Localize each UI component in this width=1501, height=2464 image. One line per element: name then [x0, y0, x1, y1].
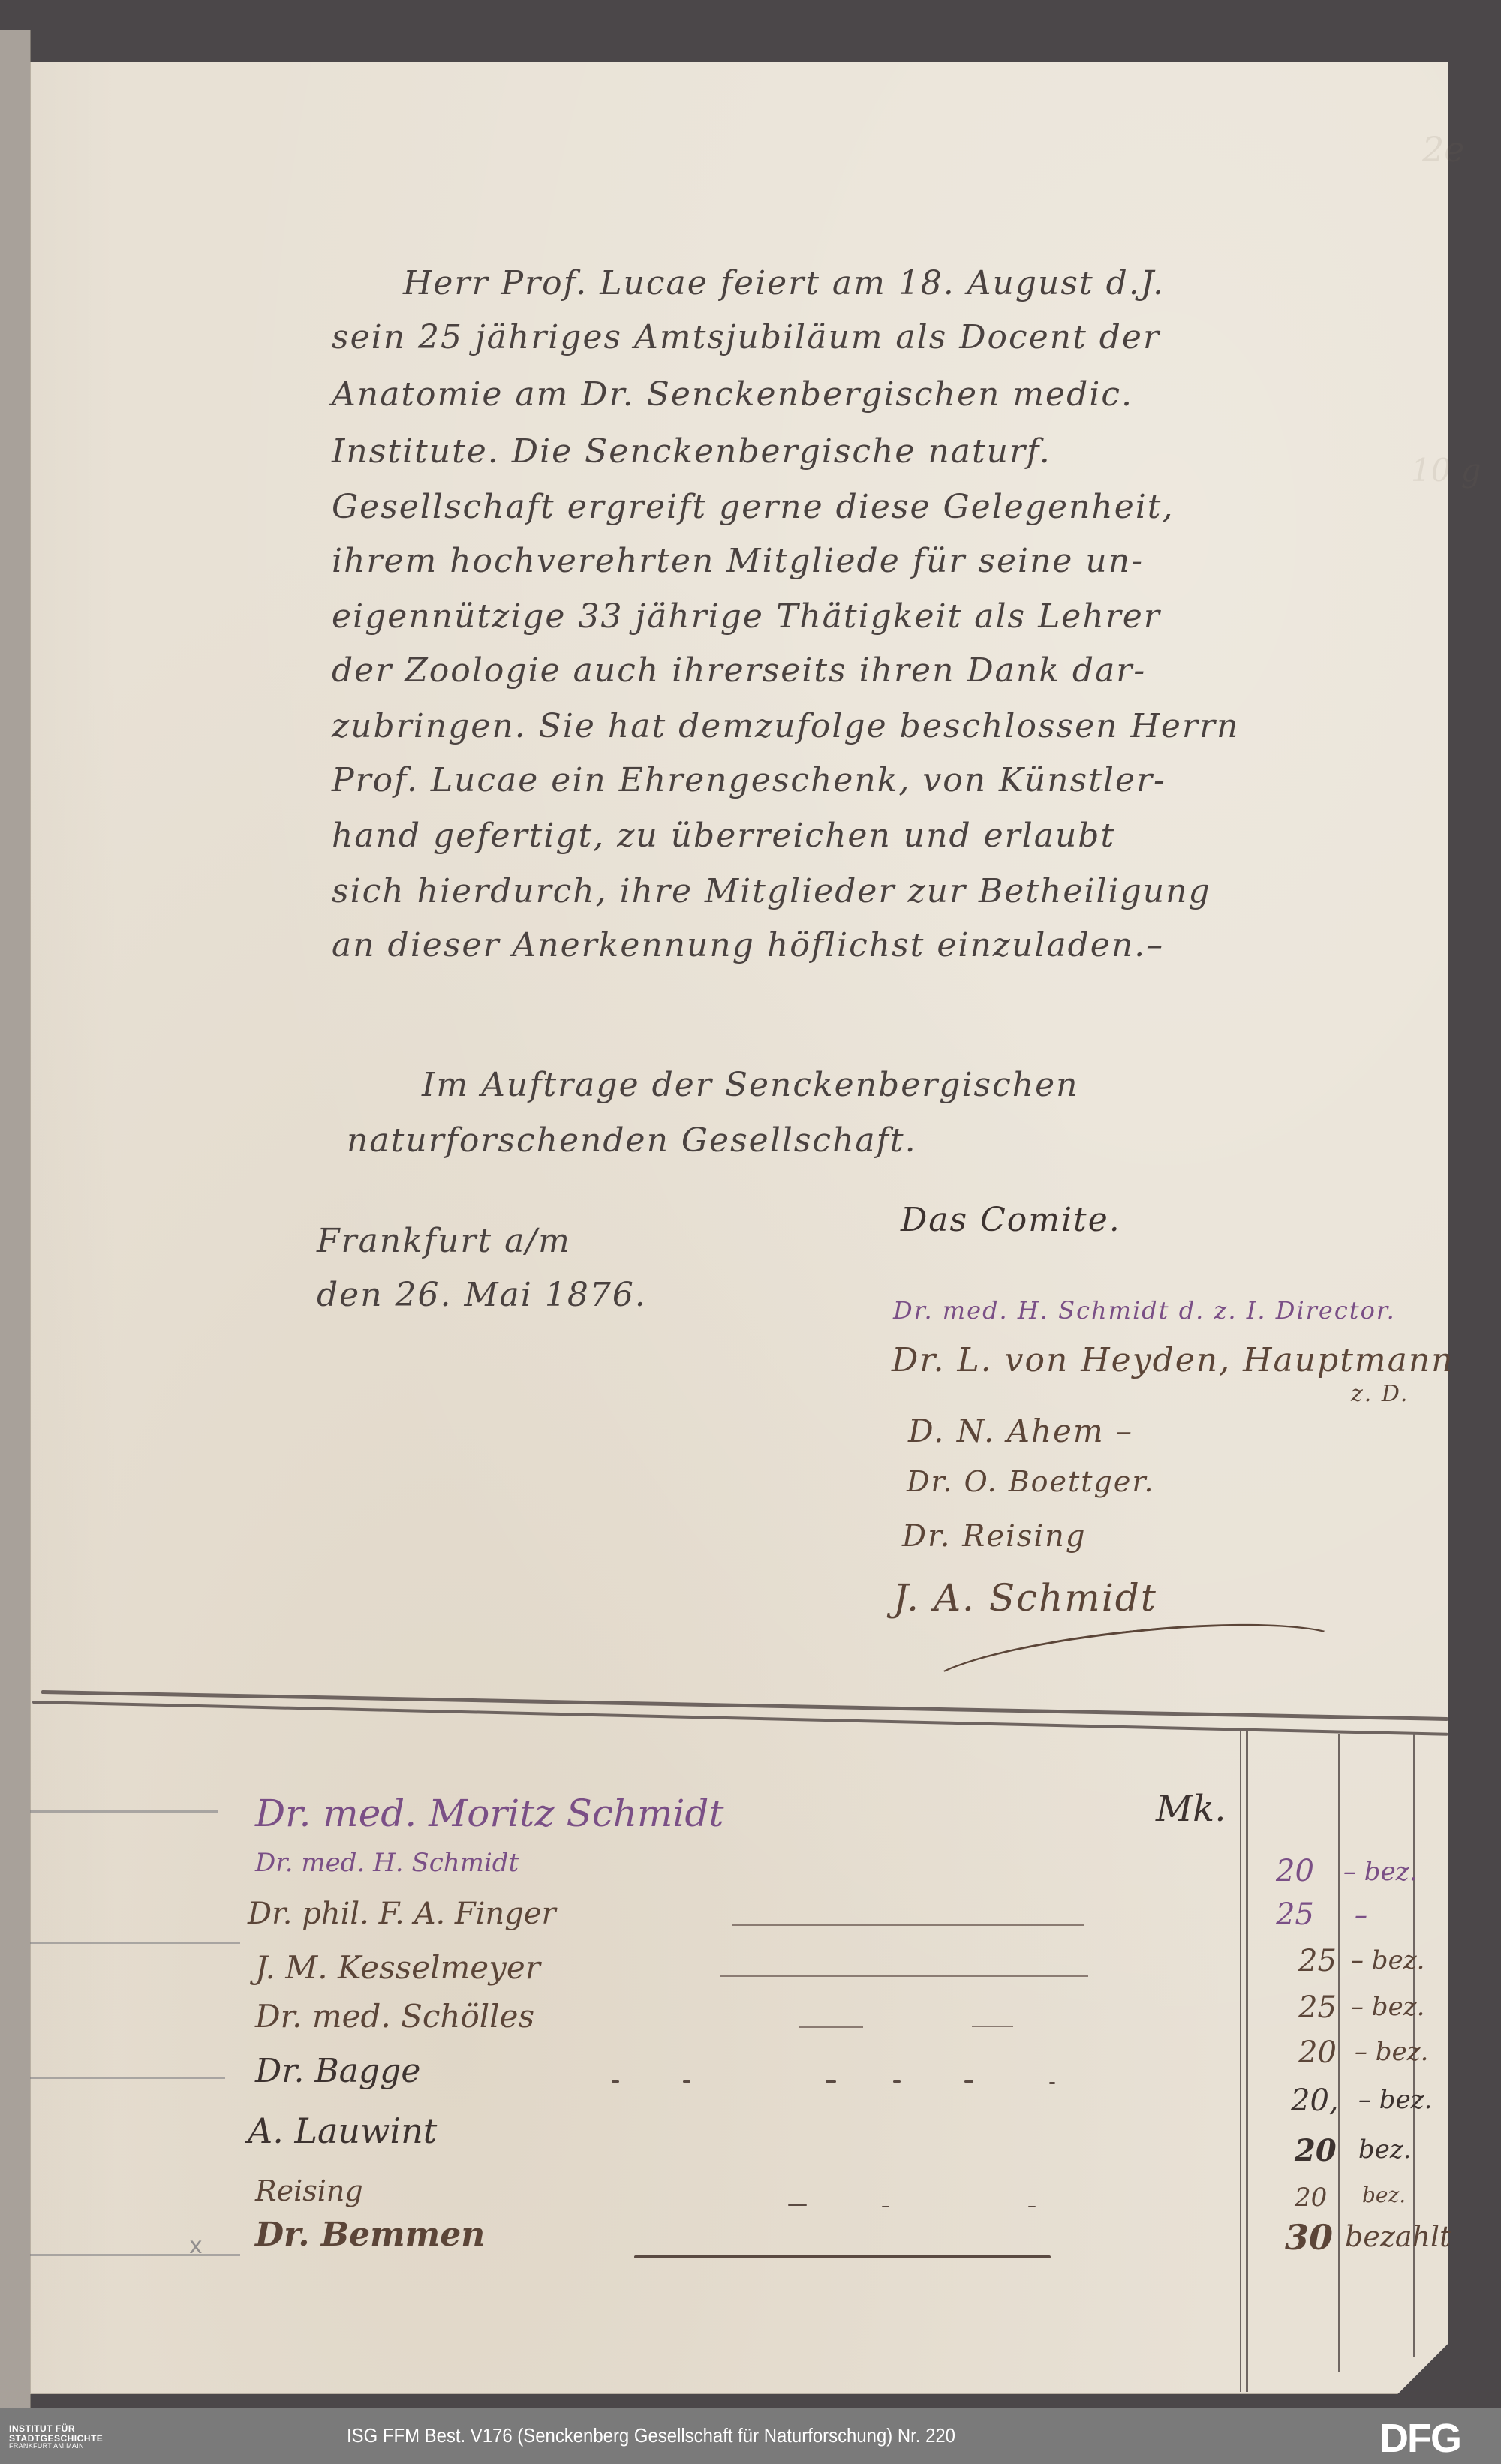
archive-footer: INSTITUT FÜR STADTGESCHICHTE FRANKFURT A… — [0, 2408, 1501, 2464]
leader-dash — [799, 2026, 863, 2028]
letter-line: ihrem hochverehrten Mitgliede für seine … — [332, 542, 1144, 580]
ledger-amount: 25 — [1276, 1897, 1314, 1932]
ledger-amount: 25 — [1298, 1990, 1337, 2025]
letter-line: Institute. Die Senckenbergische naturf. — [332, 432, 1051, 471]
leader-dot — [683, 2080, 690, 2083]
leader-dash — [972, 2026, 1013, 2027]
signature: J. A. Schmidt — [893, 1576, 1157, 1620]
leader-dash — [882, 2206, 889, 2207]
ledger-amount: 20 — [1295, 2133, 1337, 2168]
letter-place: Frankfurt a/m — [317, 1222, 571, 1260]
letter-line: hand gefertigt, zu überreichen und erlau… — [332, 817, 1115, 855]
leader-line — [634, 2255, 1051, 2258]
ledger-amount: 30 — [1285, 2217, 1333, 2258]
ledger-name: Dr. Bagge — [255, 2052, 420, 2090]
isg-logo-line: INSTITUT FÜR — [9, 2424, 103, 2434]
signature: Dr. L. von Heyden, Hauptmann — [892, 1341, 1454, 1379]
ledger-note: – bez. — [1351, 1992, 1424, 2022]
signature: Dr. med. H. Schmidt d. z. I. Director. — [893, 1296, 1396, 1325]
leader-dash — [1028, 2206, 1036, 2207]
pencil-margin-line — [30, 1942, 240, 1944]
ledger-currency-header: Mk. — [1156, 1788, 1226, 1830]
leader-line — [732, 1924, 1084, 1926]
leader-dot — [964, 2080, 973, 2083]
pencil-margin-line — [30, 1810, 218, 1813]
ledger-name: Dr. med. Schölles — [255, 1998, 534, 2035]
ledger-note: – bez. — [1355, 2037, 1428, 2067]
letter-line: Gesellschaft ergreift gerne diese Gelege… — [332, 488, 1174, 526]
letter-date: den 26. Mai 1876. — [317, 1276, 647, 1314]
dfg-logo: DFG — [1379, 2418, 1460, 2459]
letter-line: sich hierdurch, ihre Mitglieder zur Beth… — [332, 872, 1211, 910]
ledger-column-line — [1246, 1731, 1248, 2392]
ledger-note: bezahlt — [1345, 2220, 1451, 2253]
show-through-text: 10 g — [1411, 452, 1481, 489]
ledger-name: Reising — [255, 2174, 363, 2207]
letter-line: eigennützige 33 jährige Thätigkeit als L… — [332, 597, 1161, 636]
leader-dash — [788, 2204, 807, 2206]
ledger-note: – bez. — [1351, 1945, 1424, 1975]
ledger-note: – bez. — [1358, 2085, 1432, 2115]
signature: Dr. O. Boettger. — [907, 1465, 1154, 1498]
ledger-amount: 20 — [1276, 1854, 1314, 1888]
archive-caption: ISG FFM Best. V176 (Senckenberg Gesellsc… — [347, 2424, 955, 2447]
ledger-amount: 20, — [1291, 2083, 1339, 2118]
ledger-name: Dr. phil. F. A. Finger — [248, 1897, 556, 1931]
ledger-name: Dr. med. Moritz Schmidt — [255, 1792, 724, 1835]
leader-line — [720, 1975, 1088, 1977]
letter-line: der Zoologie auch ihrerseits ihren Dank … — [332, 651, 1146, 690]
ledger-amount: 25 — [1298, 1944, 1337, 1978]
ledger-name: A. Lauwint — [248, 2110, 437, 2151]
ledger-amount: 20 — [1298, 2035, 1337, 2070]
leader-dot — [1049, 2082, 1055, 2084]
closing-line: Im Auftrage der Senckenbergischen — [422, 1066, 1078, 1104]
leader-dot — [612, 2080, 619, 2083]
ledger-name: J. M. Kesselmeyer — [255, 1949, 540, 1986]
letter-line: Prof. Lucae ein Ehrengeschenk, von Künst… — [332, 761, 1166, 799]
letter-line: zubringen. Sie hat demzufolge beschlosse… — [332, 707, 1239, 745]
ledger-name: Dr. Bemmen — [255, 2216, 485, 2254]
letter-line: Anatomie am Dr. Senckenbergischen medic. — [332, 375, 1133, 414]
letter-line: an dieser Anerkennung höflichst einzulad… — [332, 926, 1164, 964]
pencil-margin-line — [30, 2254, 240, 2256]
document-page: 2e 10 g Herr Prof. Lucae feiert am 18. A… — [30, 62, 1448, 2394]
leader-dot — [826, 2080, 836, 2083]
letter-line: Herr Prof. Lucae feiert am 18. August d.… — [403, 264, 1165, 302]
ledger-amount: 20 — [1295, 2183, 1327, 2213]
show-through-text: 2e — [1422, 129, 1465, 170]
ledger-note: bez. — [1358, 2135, 1412, 2165]
closing-line: naturforschenden Gesellschaft. — [347, 1121, 917, 1160]
ledger-note: – — [1355, 1900, 1367, 1930]
ledger-note: bez. — [1362, 2183, 1406, 2207]
folded-page-corner — [1397, 2342, 1449, 2395]
book-binding-strip — [0, 30, 31, 2409]
committee-label: Das Comite. — [901, 1201, 1121, 1239]
signature: z. D. — [1351, 1381, 1409, 1407]
signature: Dr. Reising — [902, 1519, 1087, 1554]
ledger-column-line — [1240, 1731, 1241, 2392]
letter-line: sein 25 jähriges Amtsjubiläum als Docent… — [332, 318, 1160, 357]
pencil-margin-line — [30, 2077, 225, 2079]
leader-dot — [893, 2080, 901, 2083]
signature-flourish — [921, 1608, 1351, 1725]
ledger-column-line — [1338, 1734, 1340, 2372]
isg-logo: INSTITUT FÜR STADTGESCHICHTE FRANKFURT A… — [9, 2424, 103, 2450]
ledger-note: – bez. — [1343, 1857, 1417, 1887]
ledger-name: Dr. med. H. Schmidt — [255, 1848, 519, 1878]
isg-logo-line: FRANKFURT AM MAIN — [9, 2443, 103, 2450]
signature: D. N. Ahem – — [908, 1413, 1133, 1449]
pencil-x-mark: x — [189, 2233, 203, 2259]
